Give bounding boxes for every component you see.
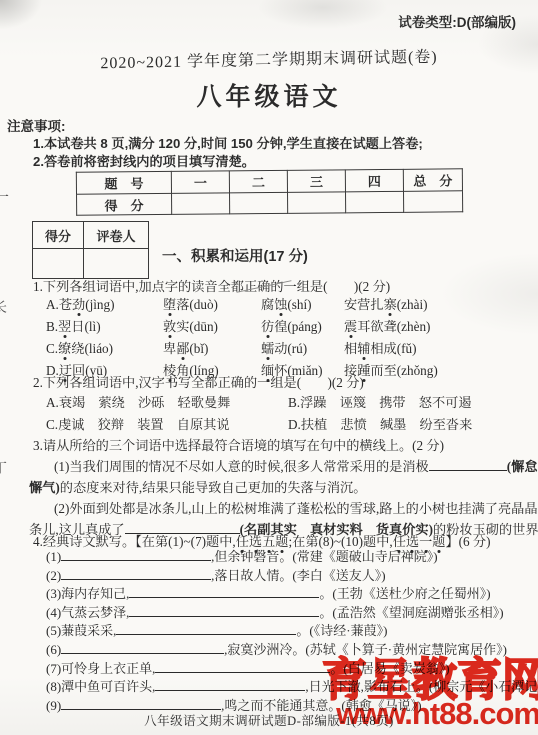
q4-item-1: (1),但余钟磬音。(常建《题破山寺后禅院》) (46, 548, 532, 567)
binding-edge-fragment: 丁 (0, 458, 7, 478)
q4-item-text: (8)潭中鱼可百许头, (46, 679, 155, 694)
score-empty-cell (230, 192, 288, 214)
q3-item-1-choices-cont: 懈气) (29, 480, 60, 495)
answer-blank (129, 585, 319, 598)
q4-item-source: ,落日故人情。(李白《送友人》) (211, 568, 385, 583)
q1-word: A.苍劲(jìng) (46, 294, 163, 313)
score-empty-cell (172, 193, 230, 215)
binding-edge-fragment: 长 (0, 297, 7, 317)
notice-label: 注意事项: (7, 115, 66, 135)
q3-item-1-text-cont: 的态度来对待,结果只能导致自己更加的失落与消沉。 (60, 480, 367, 495)
watermark-url: www.ht88.com (322, 698, 538, 729)
q1-word: 蠕动(rú) (261, 338, 344, 357)
answer-blank (61, 697, 221, 710)
score-summary-table: 题 号 一 二 三 四 总 分 得 分 (76, 168, 463, 215)
subject-title: 八年级语文 (0, 77, 538, 113)
q2-option-a: A.衰竭 萦绕 沙砾 轻歌曼舞 (46, 392, 288, 411)
score-table-header-cell: 四 (345, 169, 403, 192)
exam-session-title: 2020~2021 学年度第二学期期末调研试题(卷) (0, 42, 538, 75)
q1-option-c: C.缭绕(liáo) 卑鄙(bǐ) 蠕动(rú) 相辅相成(fǔ) (46, 338, 526, 360)
q4-item-text: (5)蒹葭采采, (46, 623, 116, 638)
score-empty-cell (403, 191, 462, 213)
score-table-score-row: 得 分 (77, 191, 463, 215)
answer-blank (155, 660, 330, 673)
q4-item-3: (3)海内存知己,。(王勃《送杜少府之任蜀州》) (46, 585, 532, 604)
score-empty-cell (346, 191, 404, 213)
q4-item-text: (6) (46, 642, 61, 657)
q1-word: 卑鄙(bǐ) (163, 338, 261, 357)
grader-box-header-row: 得分 评卷人 (33, 222, 149, 249)
q1-word: 腐蚀(shí) (261, 294, 344, 313)
score-table-header-cell: 题 号 (76, 171, 171, 194)
q4-item-text: (2) (46, 568, 61, 583)
score-table-header-cell: 总 分 (403, 169, 462, 192)
score-row-label: 得 分 (77, 193, 172, 215)
q4-item-source: ,但余钟磬音。(常建《题破山寺后禅院》) (211, 549, 437, 564)
q4-item-2: (2),落日故人情。(李白《送友人》) (46, 567, 532, 586)
exam-paper-page: 试卷类型:D(部编版) 2020~2021 学年度第二学期期末调研试题(卷) 八… (0, 0, 538, 735)
q2-option-d: D.扶植 悲愤 缄墨 纷至沓来 (288, 414, 472, 433)
q1-word: C.缭绕(liáo) (46, 338, 163, 357)
answer-blank (129, 604, 319, 617)
score-empty-cell (288, 192, 346, 214)
q1-word: 堕落(duò) (163, 294, 261, 313)
section-1-title: 一、积累和运用(17 分) (162, 245, 308, 266)
q3-item-2-line-1: (2)外面到处都是冰条儿,山上的松树堆满了蓬松松的雪球,路上的小树也挂满了亮晶晶… (54, 498, 538, 517)
q4-item-text: (4)气蒸云梦泽, (46, 605, 129, 620)
q1-word: B.翌日(lì) (46, 316, 163, 335)
q2-stem: 2.下列各组词语中,汉字书写全都正确的一组是( )(2 分) (33, 372, 364, 391)
q2-option-c: C.虔诚 狡辩 装置 自原其说 (46, 414, 288, 433)
q2-options-row-2: C.虔诚 狡辩 装置 自原其说 D.扶植 悲愤 缄墨 纷至沓来 (46, 414, 472, 433)
q4-item-4: (4)气蒸云梦泽,。(孟浩然《望洞庭湖赠张丞相》) (46, 604, 532, 623)
paper-type-label: 试卷类型:D(部编版) (398, 11, 516, 31)
q1-word: 安营扎寨(zhài) (344, 294, 428, 313)
notice-item-1: 1.本试卷共 8 页,满分 120 分,时间 150 分钟,学生直接在试题上答卷… (33, 133, 423, 152)
grader-box-score-label: 得分 (33, 222, 84, 249)
q1-options: A.苍劲(jìng) 堕落(duò) 腐蚀(shí) 安营扎寨(zhài) B.… (46, 294, 526, 382)
q4-item-text: (3)海内存知己, (46, 586, 129, 601)
q4-item-5: (5)蒹葭采采,。(《诗经·蒹葭》) (46, 622, 532, 641)
q4-item-text: (1) (46, 549, 61, 564)
grader-box-empty-cell (84, 249, 149, 279)
q1-word: 相辅相成(fǔ) (344, 338, 417, 357)
answer-blank (61, 548, 211, 561)
answer-blank (429, 458, 507, 471)
answer-blank (61, 567, 211, 580)
q1-word: 彷徨(páng) (261, 316, 344, 335)
q4-item-text: (7)可怜身上衣正单, (46, 661, 155, 676)
q1-option-a: A.苍劲(jìng) 堕落(duò) 腐蚀(shí) 安营扎寨(zhài) (46, 294, 526, 316)
q1-option-b: B.翌日(lì) 敦实(dūn) 彷徨(páng) 震耳欲聋(zhèn) (46, 316, 526, 338)
q1-word: 敦实(dūn) (163, 316, 261, 335)
answer-blank (155, 678, 305, 691)
score-table-header-cell: 一 (171, 171, 229, 194)
q3-item-1-line-1: (1)当我们周围的情况不尽如人意的时候,很多人常常采用的是消极(懈怠 怠慢 (54, 456, 538, 475)
q2-options-row-1: A.衰竭 萦绕 沙砾 轻歌曼舞 B.浮躁 诬篾 携带 怒不可遏 (46, 392, 472, 411)
q1-stem: 1.下列各组词语中,加点字的读音全都正确的一组是( )(2 分) (33, 276, 390, 295)
q4-item-source: 。(王勃《送杜少府之任蜀州》) (319, 586, 490, 601)
grader-box-empty-cell (33, 249, 84, 279)
q2-option-b: B.浮躁 诬篾 携带 怒不可遏 (288, 392, 472, 411)
q1-word: 震耳欲聋(zhèn) (344, 316, 430, 335)
q3-item-1-choices: (懈怠 怠慢 (507, 459, 538, 474)
q3-item-1-text: (1)当我们周围的情况不尽如人意的时候,很多人常常采用的是消极 (54, 459, 429, 474)
answer-blank (116, 622, 296, 635)
q3-item-1-line-2: 懈气)的态度来对待,结果只能导致自己更加的失落与消沉。 (29, 477, 366, 496)
score-table-header-cell: 三 (287, 170, 345, 193)
grader-box-grader-label: 评卷人 (84, 222, 149, 249)
grader-score-box: 得分 评卷人 (32, 221, 149, 279)
q4-item-source: 。(孟浩然《望洞庭湖赠张丞相》) (319, 605, 503, 620)
grader-box-empty-row (33, 249, 149, 279)
q4-item-source: 。(《诗经·蒹葭》) (296, 623, 387, 638)
watermark: 育星教育网 www.ht88.com (322, 657, 538, 729)
binding-edge-fragment: 一 (0, 187, 9, 207)
answer-blank (61, 641, 224, 654)
score-table-header-cell: 二 (229, 170, 287, 193)
notice-item-2: 2.答卷前将密封线内的项目填写清楚。 (33, 151, 255, 170)
q3-item-2-text: (2)外面到处都是冰条儿,山上的松树堆满了蓬松松的雪球,路上的小树也挂满了亮晶晶… (54, 501, 538, 516)
q3-stem: 3.请从所给的三个词语中选择最符合语境的填写在句中的横线上。(2 分) (33, 435, 444, 454)
